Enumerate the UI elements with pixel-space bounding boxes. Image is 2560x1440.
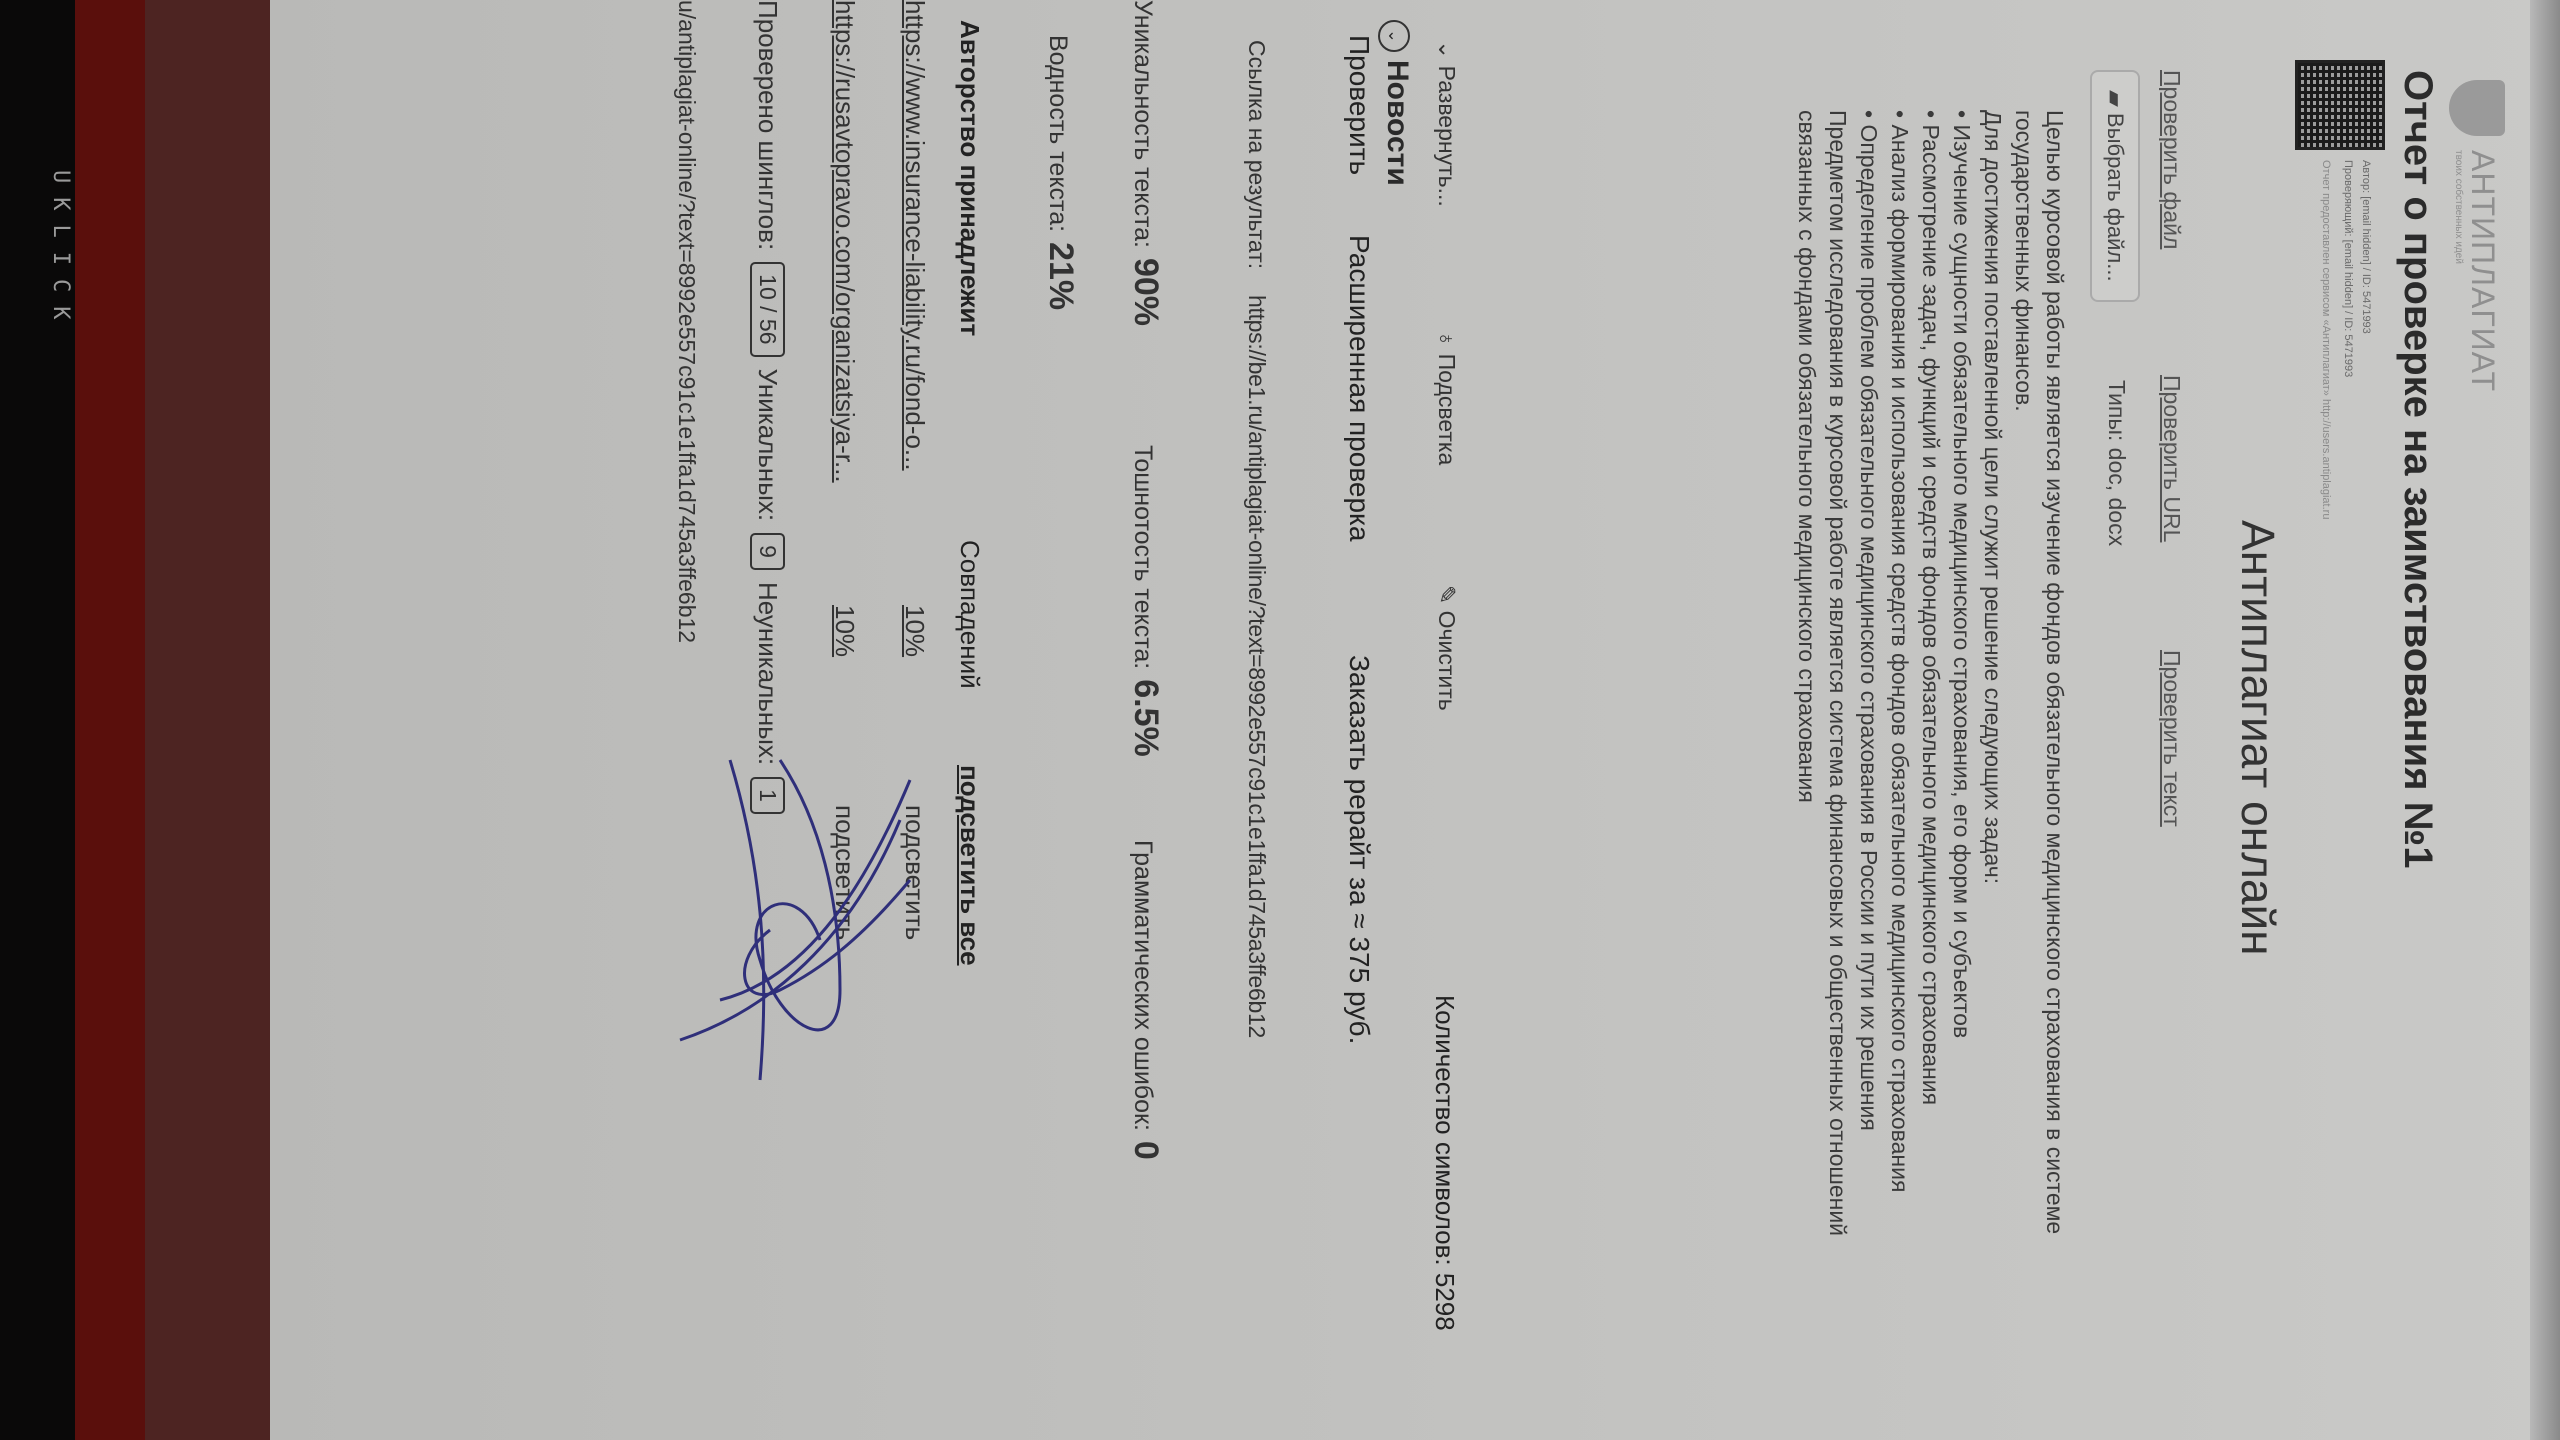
check-button[interactable]: Проверить	[1343, 35, 1375, 175]
result-link[interactable]: https://be1.ru/antiplagiat-online/?text=…	[1243, 295, 1270, 1038]
uniqueness-label: Уникальность текста:	[1129, 0, 1157, 248]
shingles-stats: Проверено шинглов: 10 / 56 Уникальных: 9…	[750, 0, 785, 814]
source-link[interactable]: https://rusavtopravo.com/organizatsiya-r…	[829, 0, 860, 483]
file-types-label: Типы: doc, docx	[2103, 380, 2130, 546]
footer-url: u/antiplagiat-online/?text=8992e557c91c1…	[673, 0, 700, 643]
printed-report-page: АНТИПЛАГИАТ твоих собственных идей Отчет…	[270, 0, 2560, 1440]
eraser-icon: ✎	[1434, 585, 1460, 611]
logo-subtitle: твоих собственных идей	[2453, 150, 2464, 392]
text-paragraph: Предметом исследования в курсовой работе…	[1791, 110, 1853, 1260]
source-highlight-link[interactable]: подсветить	[899, 805, 930, 940]
source-link[interactable]: https://www.insurance-liability.ru/fond-…	[899, 0, 930, 471]
char-count-value: 5298	[1430, 1273, 1460, 1331]
text-bullet-item: Анализ формирования и использования сред…	[1884, 110, 1915, 1260]
news-header[interactable]: Новости	[1380, 60, 1414, 186]
qr-code-icon	[2295, 60, 2385, 150]
photo-backdrop-brown	[145, 0, 270, 1440]
clear-label: Очистить	[1434, 611, 1460, 711]
source-match-percent[interactable]: 10%	[829, 605, 860, 657]
uniqueness-stat: Уникальность текста:90%	[1126, 0, 1165, 326]
antiplagiat-logo: АНТИПЛАГИАТ твоих собственных идей	[2449, 80, 2505, 392]
handwritten-signature	[270, 0, 2560, 1440]
water-label: Водность текста:	[1044, 35, 1072, 232]
highlight-all-link[interactable]: подсветить все	[954, 765, 985, 966]
char-count-label: Количество символов:	[1430, 995, 1460, 1266]
water-value: 21%	[1042, 242, 1080, 310]
folder-icon: ▰	[2103, 90, 2128, 113]
matches-header: Совпадений	[954, 540, 985, 689]
choose-file-label: Выбрать файл...	[2103, 113, 2128, 282]
clear-button[interactable]: ✎ Очистить	[1433, 585, 1460, 711]
nav-check-file[interactable]: Проверить файл	[2158, 70, 2185, 249]
checker-line: Проверяющий: [email hidden] / ID: 547199…	[2342, 160, 2354, 377]
text-paragraph: Целью курсовой работы является изучение …	[2008, 110, 2070, 1260]
author-line: Автор: [email hidden] / ID: 5471993	[2360, 160, 2372, 334]
grammar-label: Грамматических ошибок:	[1129, 840, 1157, 1131]
result-link-label: Ссылка на результат:	[1243, 40, 1270, 269]
site-title: Антиплагиат онлайн	[2231, 520, 2285, 956]
source-match-percent[interactable]: 10%	[899, 605, 930, 657]
shingles-unique-value: 9	[750, 533, 785, 570]
nausea-label: Тошнотость текста:	[1129, 445, 1157, 669]
uniqueness-value: 90%	[1127, 258, 1165, 326]
shingles-checked-label: Проверено шинглов:	[752, 0, 783, 250]
photo-backdrop-red	[75, 0, 145, 1440]
nausea-value: 6.5%	[1127, 679, 1165, 757]
text-input-area[interactable]: Целью курсовой работы является изучение …	[1791, 110, 2070, 1260]
grammar-stat: Грамматических ошибок:0	[1126, 840, 1165, 1160]
logo-name: АНТИПЛАГИАТ	[2465, 150, 2501, 392]
nav-check-text[interactable]: Проверить текст	[2158, 650, 2185, 827]
lightbulb-icon: ♁	[1434, 330, 1460, 354]
char-count: Количество символов: 5298	[1429, 995, 1460, 1331]
order-rewrite-button[interactable]: Заказать рерайт за ≈ 375 руб.	[1343, 655, 1375, 1044]
authorship-header: Авторство принадлежит	[954, 20, 985, 336]
choose-file-button[interactable]: ▰ Выбрать файл...	[2090, 70, 2140, 302]
provided-by-line: Отчет предоставлен сервисом «Антиплагиат…	[2320, 160, 2332, 519]
text-bullet-item: Определение проблем обязательного медици…	[1853, 110, 1884, 1260]
shingles-nonunique-label: Неуникальных:	[752, 582, 783, 765]
shingles-unique-label: Уникальных:	[752, 369, 783, 522]
text-bullet-item: Изучение сущности обязательного медицинс…	[1946, 110, 1977, 1260]
expand-label: Развернуть...	[1434, 66, 1460, 207]
photo-edge	[2530, 0, 2560, 1440]
nausea-stat: Тошнотость текста:6.5%	[1126, 445, 1165, 757]
backdrop-label: UKLICK	[48, 170, 73, 333]
water-stat: Водность текста:21%	[1041, 35, 1080, 310]
text-paragraph: Для достижения поставленной цели служит …	[1977, 110, 2008, 1260]
report-title: Отчет о проверке на заимствования №1	[2395, 70, 2440, 869]
expand-button[interactable]: ⌄ Развернуть...	[1433, 40, 1460, 207]
shingles-nonunique-value: 1	[750, 777, 785, 814]
grammar-value: 0	[1127, 1141, 1165, 1160]
highlight-button[interactable]: ♁ Подсветка	[1433, 330, 1460, 465]
text-bullet-item: Рассмотрение задач, функций и средств фо…	[1915, 110, 1946, 1260]
nav-check-url[interactable]: Проверить URL	[2158, 375, 2185, 542]
shield-icon	[2449, 80, 2505, 136]
chevron-down-icon: ⌄	[1434, 40, 1460, 66]
source-highlight-link[interactable]: подсветить	[829, 805, 860, 940]
extended-check-button[interactable]: Расширенная проверка	[1343, 235, 1375, 541]
shingles-checked-value: 10 / 56	[750, 262, 785, 356]
chevron-circle-down-icon[interactable]: ⌄	[1378, 20, 1410, 52]
highlight-label: Подсветка	[1434, 354, 1460, 466]
